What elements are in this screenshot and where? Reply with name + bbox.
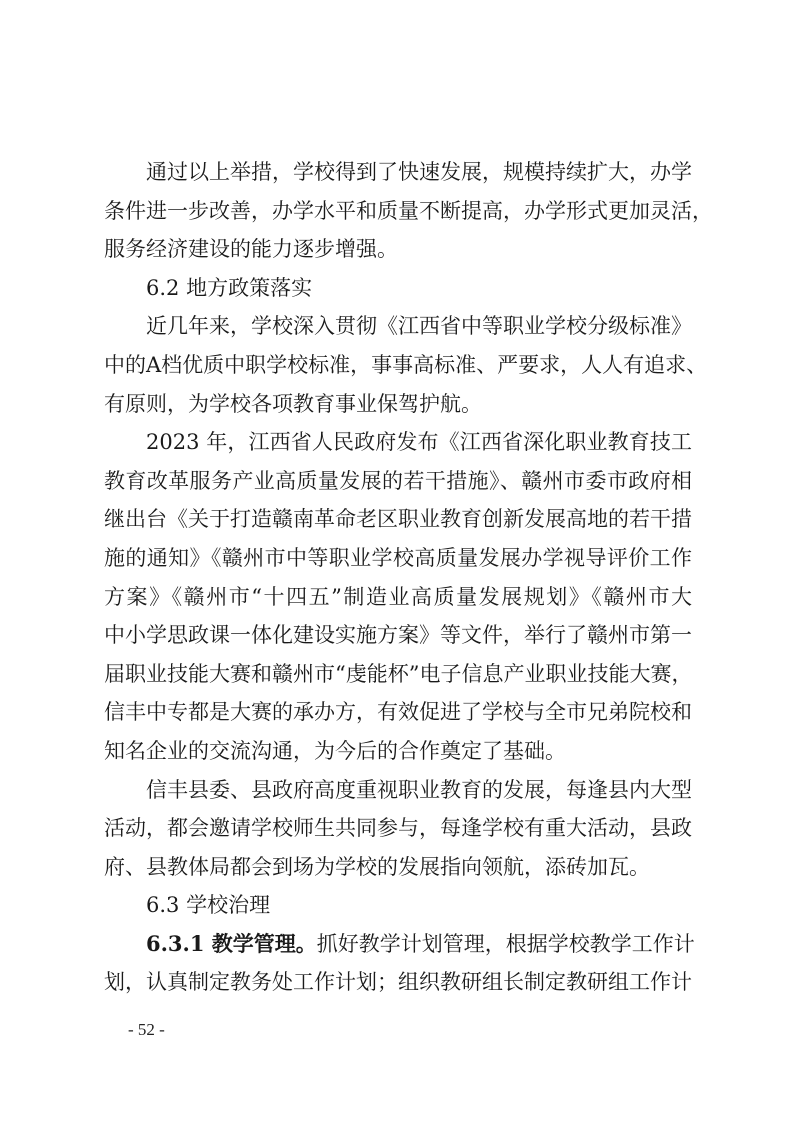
text-line: 届职业技能大赛和赣州市“虔能杯”电子信息产业职业技能大赛，	[104, 655, 692, 694]
text-line: 划，认真制定教务处工作计划；组织教研组长制定教研组工作计	[104, 963, 692, 1002]
text-line: 信丰中专都是大赛的承办方，有效促进了学校与全市兄弟院校和	[104, 693, 692, 732]
text-line: 有原则，为学校各项教育事业保驾护航。	[104, 385, 692, 424]
text-line: 府、县教体局都会到场为学校的发展指向领航，添砖加瓦。	[104, 848, 692, 887]
text-line: 教育改革服务产业高质量发展的若干措施》、赣州市委市政府相	[104, 462, 692, 501]
paragraph-county-support: 信丰县委、县政府高度重视职业教育的发展，每逢县内大型 活动，都会邀请学校师生共同…	[104, 771, 692, 887]
text-run: 抓好教学计划管理，根据学校教学工作计	[317, 932, 695, 956]
text-line: 知名企业的交流沟通，为今后的合作奠定了基础。	[104, 732, 692, 771]
text-line: 服务经济建设的能力逐步增强。	[104, 230, 692, 269]
paragraph-development-summary: 通过以上举措，学校得到了快速发展，规模持续扩大，办学 条件进一步改善，办学水平和…	[104, 153, 692, 269]
subsection-lead-6-3-1: 6.3.1 教学管理。	[146, 931, 317, 956]
paragraph-2023-policies: 2023 年，江西省人民政府发布《江西省深化职业教育技工 教育改革服务产业高质量…	[104, 423, 692, 770]
section-heading-6-2: 6.2 地方政策落实	[104, 269, 692, 308]
text-line: 方案》《赣州市“十四五”制造业高质量发展规划》《赣州市大	[104, 578, 692, 617]
paragraph-teaching-management: 6.3.1 教学管理。抓好教学计划管理，根据学校教学工作计 划，认真制定教务处工…	[104, 925, 692, 1002]
page-number: - 52 -	[128, 1020, 165, 1040]
text-line: 通过以上举措，学校得到了快速发展，规模持续扩大，办学	[104, 153, 692, 192]
text-line: 信丰县委、县政府高度重视职业教育的发展，每逢县内大型	[104, 771, 692, 810]
text-line: 活动，都会邀请学校师生共同参与，每逢学校有重大活动，县政	[104, 809, 692, 848]
text-line: 条件进一步改善，办学水平和质量不断提高，办学形式更加灵活，	[104, 192, 692, 231]
text-line: 2023 年，江西省人民政府发布《江西省深化职业教育技工	[104, 423, 692, 462]
text-line: 继出台《关于打造赣南革命老区职业教育创新发展高地的若干措	[104, 500, 692, 539]
text-line: 中小学思政课一体化建设实施方案》等文件，举行了赣州市第一	[104, 616, 692, 655]
paragraph-policy-standards: 近几年来，学校深入贯彻《江西省中等职业学校分级标准》 中的A档优质中职学校标准，…	[104, 307, 692, 423]
text-line: 中的A档优质中职学校标准，事事高标准、严要求，人人有追求、	[104, 346, 692, 385]
document-page: 通过以上举措，学校得到了快速发展，规模持续扩大，办学 条件进一步改善，办学水平和…	[104, 153, 692, 1002]
text-line: 近几年来，学校深入贯彻《江西省中等职业学校分级标准》	[104, 307, 692, 346]
text-line: 施的通知》《赣州市中等职业学校高质量发展办学视导评价工作	[104, 539, 692, 578]
text-line: 6.3.1 教学管理。抓好教学计划管理，根据学校教学工作计	[104, 925, 692, 964]
section-heading-6-3: 6.3 学校治理	[104, 886, 692, 925]
